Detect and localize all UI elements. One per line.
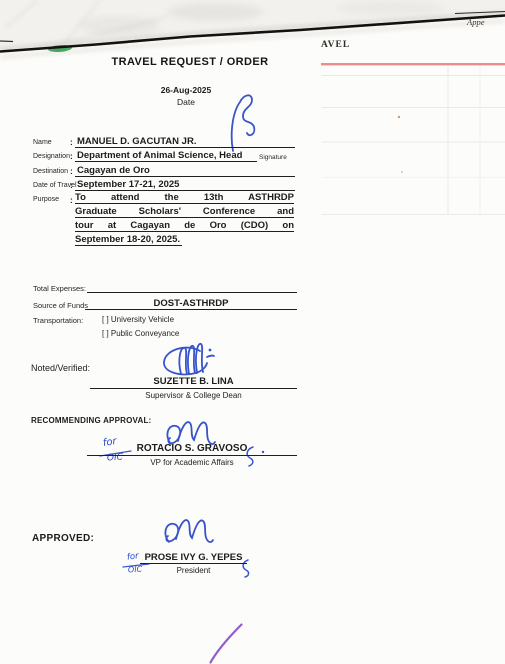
- approved-signatory-name: PROSE IVY G. YEPES: [140, 552, 247, 564]
- total-expenses-label: Total Expenses:: [33, 284, 86, 293]
- colon: :: [70, 166, 73, 176]
- field-value-designation: Department of Animal Science, Head: [75, 150, 257, 162]
- field-value-destination: Cagayan de Oro: [75, 165, 295, 177]
- purpose-line-2: Graduate Scholars' Conference and: [75, 205, 294, 219]
- form-title: TRAVEL REQUEST / ORDER: [95, 56, 285, 68]
- approved-oic-for: for: [126, 552, 139, 562]
- ledger-grid: [321, 63, 505, 215]
- recommending-signatory-name: ROTACIO S. GRAVOSO: [87, 443, 297, 456]
- colon: :: [70, 180, 73, 190]
- noted-signatory-title: Supervisor & College Dean: [90, 391, 297, 400]
- approved-signatory-title: President: [140, 566, 247, 575]
- approved-label: APPROVED:: [32, 533, 94, 544]
- purpose-line-3: tour at Cagayan de Oro (CDO) on: [75, 219, 294, 233]
- date-value: 26-Aug-2025: [141, 85, 231, 95]
- transport-option-public-conveyance: [ ] Public Conveyance: [102, 329, 179, 338]
- purpose-line-1: To attend the 13th ASTHRDP: [75, 191, 294, 205]
- green-highlight-mark: [48, 44, 72, 52]
- source-of-funds-label: Source of Funds: [33, 301, 88, 310]
- scan-artifacts-layer: [0, 0, 505, 664]
- colon: :: [70, 137, 73, 147]
- transport-option-university-vehicle: [ ] University Vehicle: [102, 315, 174, 324]
- colon: :: [70, 151, 73, 161]
- top-sheet-strip: [0, 0, 505, 52]
- purple-pen-stroke: [211, 625, 242, 663]
- back-sheet-approval-fragment: Appe: [467, 17, 505, 27]
- field-label-destination: Destination: [33, 168, 68, 175]
- fold-edge-line: [0, 16, 505, 52]
- red-rule-line: [321, 63, 505, 65]
- back-sheet-travel-fragment: AVEL: [321, 40, 350, 50]
- field-label-purpose: Purpose: [33, 196, 59, 203]
- scanned-travel-request-document: AVEL Appe TRAVEL REQUEST / ORDER 26-Aug-…: [0, 0, 505, 664]
- total-expenses-blank-line: [87, 283, 297, 293]
- lina-signature: [164, 344, 214, 375]
- date-caption: Date: [141, 97, 231, 107]
- transportation-label: Transportation:: [33, 316, 83, 325]
- yepes-signature: [165, 520, 213, 542]
- noted-verified-label: Noted/Verified:: [31, 363, 90, 373]
- field-value-date-of-travel: September 17-21, 2025: [75, 179, 295, 191]
- signature-caption: Signature: [259, 154, 287, 161]
- source-of-funds-value: DOST-ASTHRDP: [85, 298, 297, 310]
- purpose-line-4: September 18-20, 2025.: [75, 233, 182, 246]
- field-label-name: Name: [33, 139, 52, 146]
- field-value-name: MANUEL D. GACUTAN JR.: [75, 136, 295, 148]
- recommending-signatory-title: VP for Academic Affairs: [87, 458, 297, 467]
- recommending-approval-label: RECOMMENDING APPROVAL:: [31, 416, 151, 425]
- colon: :: [70, 195, 73, 205]
- noted-signatory-name: SUZETTE B. LINA: [90, 376, 297, 389]
- field-label-designation: Designation: [33, 153, 70, 160]
